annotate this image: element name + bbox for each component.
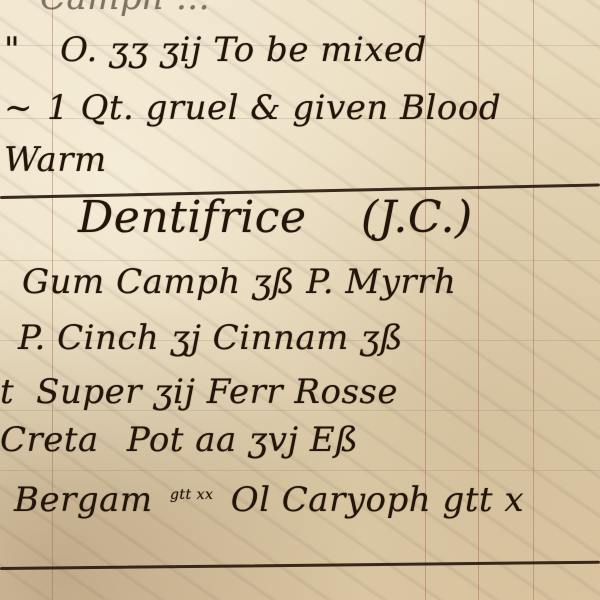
recipe-line: tSuper ʒij Ferr Rosse: [0, 372, 398, 412]
text-line: ~1 Qt. gruel & given Blood: [4, 88, 501, 128]
section-divider: [0, 561, 600, 570]
margin-mark: ": [4, 30, 20, 70]
recipe-line: Bergam gtt xx Ol Caryoph gtt x: [14, 480, 524, 520]
recipe-line: CretaPot aa ʒvj Eß: [0, 420, 358, 460]
margin-mark: ~: [4, 88, 33, 128]
recipe-line: Gum Camph ʒß P. Myrrh: [22, 262, 456, 302]
text-line: "O. ʒʒ ʒij To be mixed: [4, 30, 427, 70]
ledger-page: Camph ... "O. ʒʒ ʒij To be mixed ~1 Qt. …: [0, 0, 600, 600]
recipe-line: P. Cinch ʒj Cinnam ʒß: [18, 318, 403, 358]
margin-mark: t: [0, 372, 14, 412]
annotation: gtt xx: [170, 487, 213, 503]
recipe-title: Dentifrice (J.C.): [78, 192, 473, 243]
ruling-line-horizontal: [0, 470, 600, 471]
text-line: Camph ...: [40, 0, 210, 18]
text-line: Warm: [4, 140, 107, 180]
recipe-reference: (J.C.): [361, 192, 473, 243]
margin-mark: Creta: [0, 420, 99, 460]
ruling-line-vertical: [533, 0, 534, 600]
ruling-line-horizontal: [0, 260, 600, 261]
